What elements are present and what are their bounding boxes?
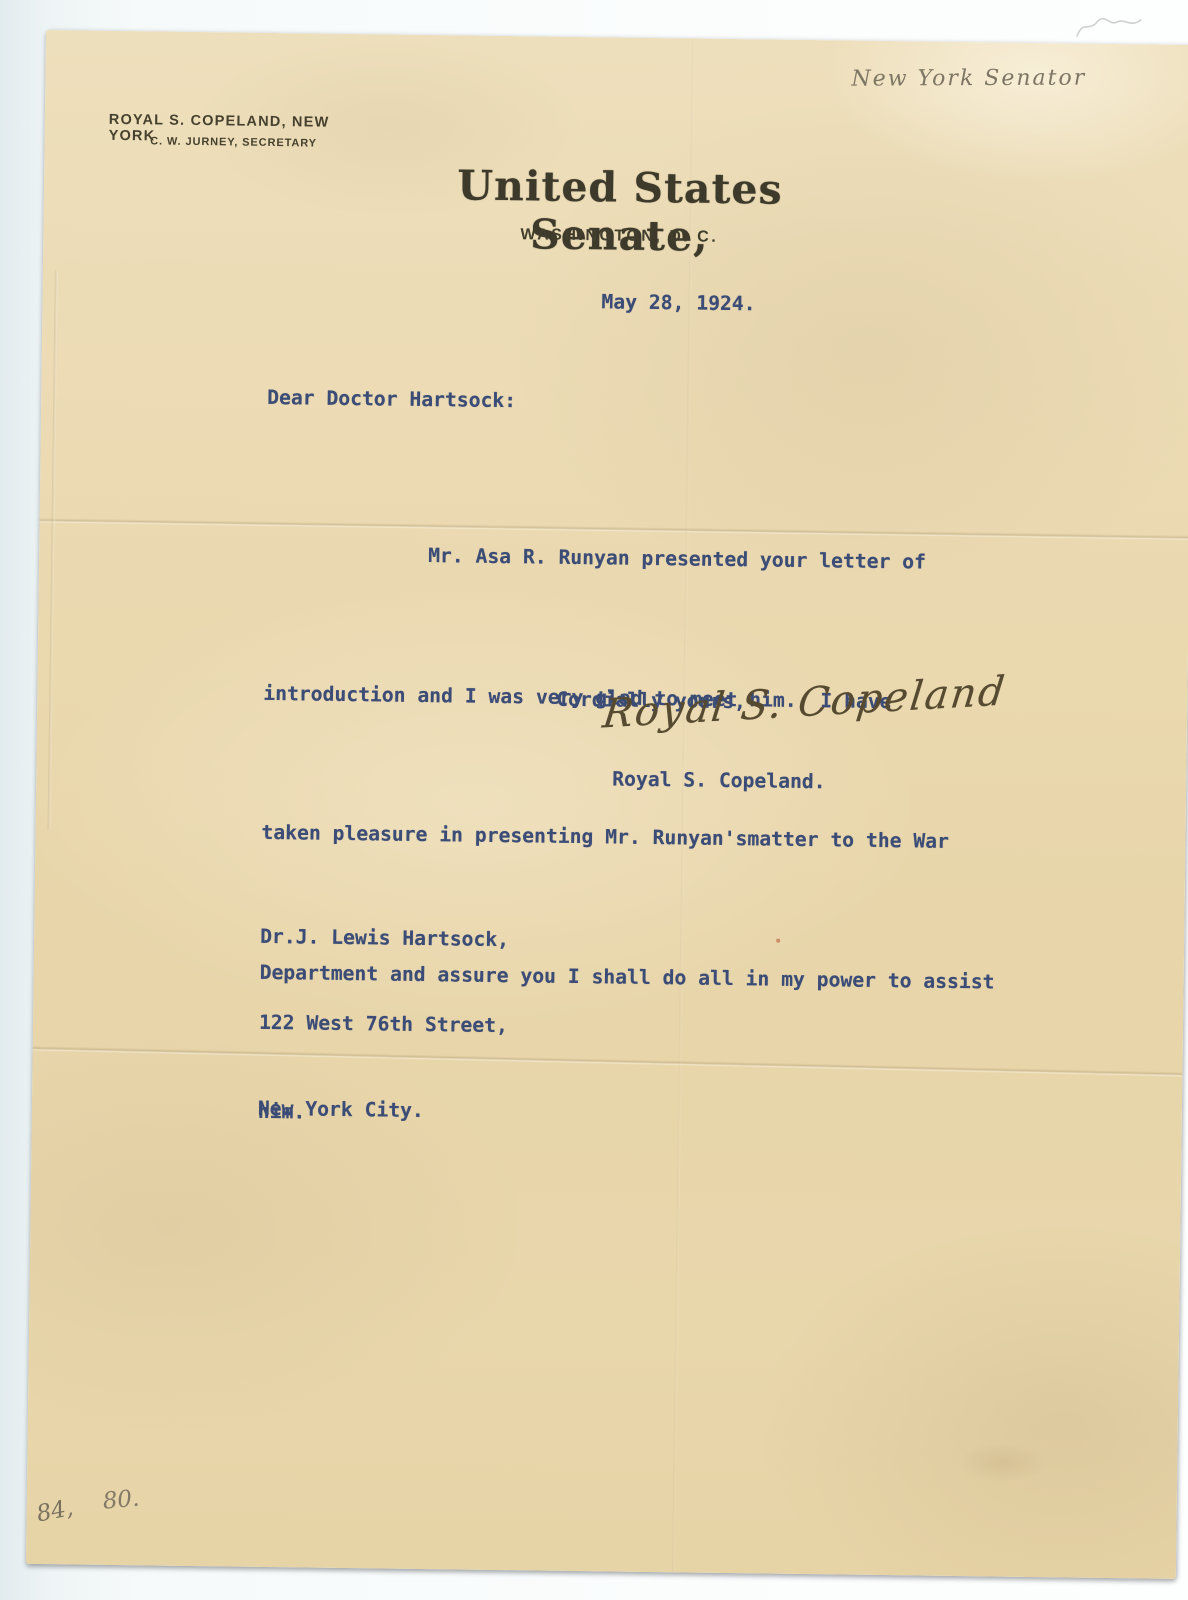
- pencil-note-top-right: New York Senator: [851, 66, 1086, 92]
- salutation: Dear Doctor Hartsock:: [267, 386, 516, 412]
- background-squiggle-mark: [1075, 10, 1145, 44]
- edge-crease-left: [48, 270, 58, 830]
- pencil-note-bottom-left: 84,: [34, 1495, 75, 1528]
- pencil-note-bottom-left: 80.: [102, 1485, 141, 1514]
- recipient-line: 122 West 76th Street,: [259, 1009, 508, 1041]
- recipient-address: Dr.J. Lewis Hartsock, 122 West 76th Stre…: [257, 866, 510, 1184]
- body-line: taken pleasure in presenting Mr. Runyan'…: [261, 810, 996, 866]
- typed-signature: Royal S. Copeland.: [612, 767, 826, 793]
- letter-page: ROYAL S. COPELAND, NEW YORK C. W. JURNEY…: [26, 30, 1188, 1579]
- letterhead-secretary: C. W. JURNEY, SECRETARY: [108, 135, 358, 150]
- scanned-letter-background: ROYAL S. COPELAND, NEW YORK C. W. JURNEY…: [0, 0, 1188, 1600]
- date-line: May 28, 1924.: [601, 290, 755, 315]
- body-line: Mr. Asa R. Runyan presented your letter …: [265, 531, 1000, 587]
- paper-stain: [957, 1442, 1048, 1483]
- recipient-line: Dr.J. Lewis Hartsock,: [260, 923, 509, 955]
- recipient-line: New York City.: [258, 1095, 507, 1127]
